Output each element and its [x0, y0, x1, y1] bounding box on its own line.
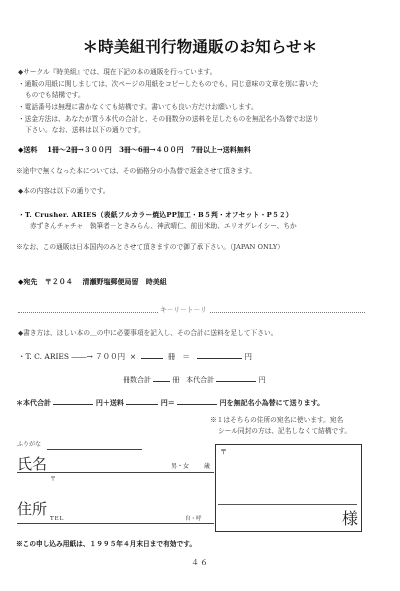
age-label: 歳: [204, 463, 210, 470]
contents-label: ◆本の内容は以下の通りです。: [18, 187, 110, 195]
honorific-sama: 様: [342, 509, 358, 528]
validity-note: ※この申し込み用紙は、１９９５年４月末日まで有効です。: [16, 540, 196, 548]
destination-postal: 〒２０４: [45, 277, 73, 286]
address-field[interactable]: [17, 523, 214, 524]
equals-sign: ＝: [182, 352, 190, 361]
totals-line: 冊数合計 冊 本代合計 円: [123, 374, 266, 384]
intro-bullet-copy-cont: ものでも結構です。: [25, 91, 85, 99]
destination-address: 清瀬野塩郵便局留: [82, 277, 138, 286]
intro-bullet-payment-cont: 下さい。なお、送料は以下の通りです。: [25, 126, 145, 134]
order-price: ７００円: [95, 352, 125, 361]
page-title: ＊時美組刊行物通販のお知らせ＊: [0, 38, 400, 57]
tel-type-label: 自・呼: [185, 516, 202, 523]
japan-only-note: ※なお、この通販は日本国内のみとさせて頂きますので御了承下さい。（JAPAN O…: [16, 243, 284, 251]
order-line: ・T. C. ARIES ――→ ７００円 × 冊 ＝ 円: [18, 351, 252, 361]
yen-label: 円: [244, 352, 252, 361]
book-total-yen: 円: [259, 376, 266, 384]
payment-line: ＊本代合計 円＋送料 円＝ 円を無記名小為替にて送ります。: [16, 397, 324, 407]
arrow-icon: ――→: [71, 352, 92, 361]
shipping-tier-1: 1冊～2冊→３００円: [47, 145, 112, 154]
intro-bullet-payment: ・送金方法は、あなたが買う本代の合計と、その冊数分の送料を足したものを無記名小為…: [18, 115, 319, 123]
quantity-field[interactable]: [141, 351, 163, 359]
unit-books: 冊: [168, 352, 176, 361]
shipping-tier-3: 7冊以上→送料無料: [191, 145, 251, 154]
box-divider: [218, 504, 357, 505]
book-total-field[interactable]: [216, 374, 256, 382]
tel-label: TEL: [50, 516, 64, 523]
name-label: 氏名: [17, 455, 47, 473]
furigana-field[interactable]: [47, 449, 142, 450]
book-total-label: 本代合計: [186, 376, 214, 384]
gender-label[interactable]: 男・女: [171, 463, 189, 470]
subtotal-field[interactable]: [197, 351, 242, 359]
intro-bullet-copy: ・通販の用紙に関しましては、次ページの用紙をコピーしたものでも、同じ意味の文章を…: [18, 80, 319, 88]
destination-name: 時美組: [146, 277, 167, 286]
payment-book-total-field[interactable]: [53, 397, 93, 405]
cut-line-label: キ－リ－ト－リ: [160, 306, 207, 314]
page-number: ４６: [0, 558, 400, 568]
payment-grand-total-field[interactable]: [177, 397, 217, 405]
destination: ◆宛先 〒２０４ 清瀬野塩郵便局留 時美組: [18, 278, 167, 286]
destination-label: ◆宛先: [18, 277, 37, 286]
label-note-2: シール同封の方は、記名しなくて結構です。: [218, 427, 351, 435]
order-item: ・T. C. ARIES: [18, 352, 69, 361]
payment-equals: 円＝: [161, 398, 175, 407]
payment-shipping-field[interactable]: [126, 397, 158, 405]
intro-bullet-phone: ・電話番号は無理に書かなくても結構です。書いても良い方だけお願いします。: [18, 103, 258, 111]
intro-line: ◆サークル『時美組』では、現在下記の本の通販を行っています。: [18, 68, 216, 76]
total-count-unit: 冊: [172, 376, 179, 384]
payment-shipping-label: 円＋送料: [96, 398, 124, 407]
book-title: ・T. Crusher. ARIES（表紙フルカラー焼込PP加工・B５判・オフセ…: [18, 211, 293, 219]
shipping-rates: ◆送料 1冊～2冊→３００円 3冊～6冊→４００円 7冊以上→送料無料: [18, 146, 251, 154]
payment-prefix: ＊本代合計: [16, 398, 51, 407]
book-authors: 赤ずきんチャチャ 執筆者－ときみらん、神武晴仁、前田米助、エリオグレイシー、ちか: [30, 222, 297, 230]
shipping-tier-2: 3冊～6冊→４００円: [119, 145, 184, 154]
name-field[interactable]: [17, 472, 214, 473]
address-label-box[interactable]: 〒 様: [215, 444, 362, 532]
total-count-field[interactable]: [153, 374, 170, 382]
cut-line-left: [18, 312, 158, 313]
box-postal-mark: 〒: [220, 448, 227, 456]
instructions: ◆書き方は、ほしい本の＿の中に必要事項を記入し、その合計に送料を足して下さい。: [18, 329, 277, 337]
label-note-1: ※１はそちらの住所の宛名に使います。宛名: [210, 416, 343, 424]
address-label: 住所: [17, 500, 47, 518]
cut-line-right: [210, 312, 365, 313]
refund-note: ※途中で無くなった本については、その価格分の小為替で返金させて頂きます。: [16, 167, 256, 175]
payment-suffix: 円を無記名小為替にて送ります。: [220, 398, 324, 407]
postal-mark: 〒: [50, 476, 56, 483]
times-sign: ×: [130, 352, 136, 361]
shipping-label: ◆送料: [18, 145, 37, 154]
total-count-label: 冊数合計: [123, 376, 151, 384]
furigana-label: ふりがな: [17, 441, 41, 448]
